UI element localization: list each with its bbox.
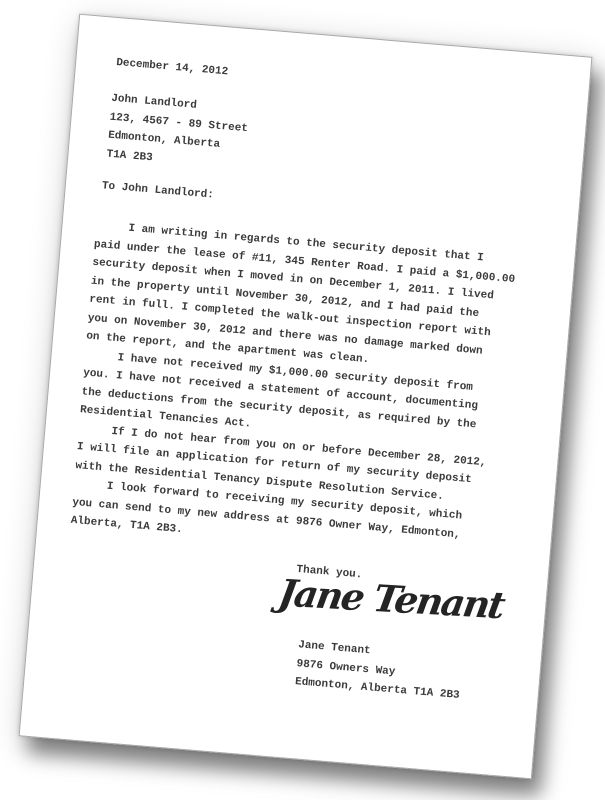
letter-date: December 14, 2012 — [115, 54, 228, 82]
recipient-address: John Landlord 123, 4567 - 89 Street Edmo… — [106, 90, 250, 175]
salutation: To John Landlord: — [101, 177, 214, 205]
handwritten-signature: Jane Tenant — [273, 571, 512, 642]
signer-address: Jane Tenant 9876 Owners Way Edmonton, Al… — [294, 636, 463, 705]
scan-background: December 14, 2012 John Landlord 123, 456… — [0, 0, 605, 800]
letter-page: December 14, 2012 John Landlord 123, 456… — [19, 14, 593, 780]
letter-body: I am writing in regards to the security … — [70, 217, 557, 569]
